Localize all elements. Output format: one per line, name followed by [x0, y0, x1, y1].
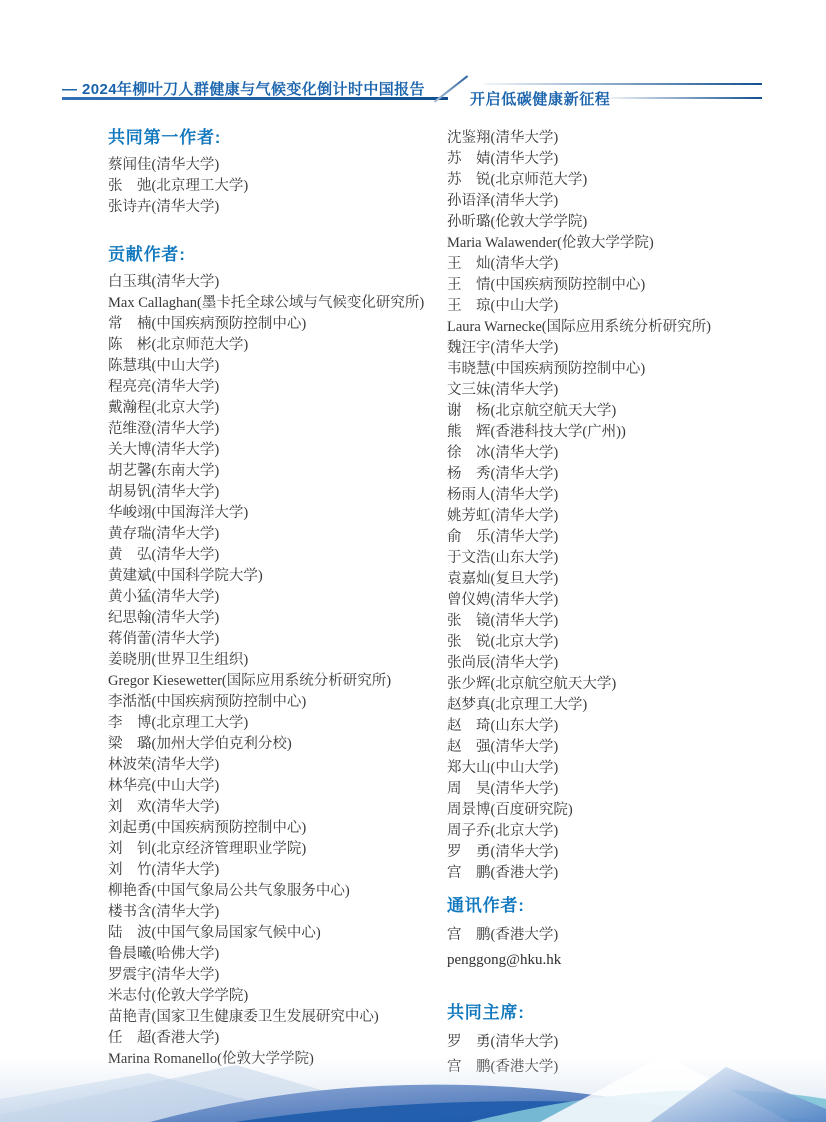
- author-entry: 王 情(中国疾病预防控制中心): [447, 275, 817, 296]
- author-entry: 文三妹(清华大学): [447, 380, 817, 401]
- author-entry: 俞 乐(清华大学): [447, 527, 817, 548]
- author-entry: Max Callaghan(墨卡托全球公域与气候变化研究所): [108, 293, 453, 314]
- header-left-rule: [62, 97, 448, 100]
- author-entry: 林波荣(清华大学): [108, 755, 453, 776]
- author-entry: 苏 锐(北京师范大学): [447, 170, 817, 191]
- author-entry: 任 超(香港大学): [108, 1028, 453, 1049]
- author-entry: 柳艳香(中国气象局公共气象服务中心): [108, 881, 453, 902]
- author-entry: 沈鉴翔(清华大学): [447, 128, 817, 149]
- section-heading-co-chairs: 共同主席:: [447, 1003, 817, 1023]
- author-entry: 白玉琪(清华大学): [108, 272, 453, 293]
- author-entry: 徐 冰(清华大学): [447, 443, 817, 464]
- report-page: — 2024年柳叶刀人群健康与气候变化倒计时中国报告 开启低碳健康新征程 共同第…: [0, 0, 826, 1122]
- author-entry: 黄小猛(清华大学): [108, 587, 453, 608]
- author-entry: 张诗卉(清华大学): [108, 197, 453, 218]
- author-entry: 张 弛(北京理工大学): [108, 176, 453, 197]
- author-entry: 赵 琦(山东大学): [447, 716, 817, 737]
- author-entry: 赵 强(清华大学): [447, 737, 817, 758]
- author-entry: 林华亮(中山大学): [108, 776, 453, 797]
- author-entry: 华峻翊(中国海洋大学): [108, 503, 453, 524]
- corresponding-author-email: penggong@hku.hk: [447, 948, 817, 973]
- author-entry: 曾仪娉(清华大学): [447, 590, 817, 611]
- author-entry: 范维澄(清华大学): [108, 419, 453, 440]
- author-entry: 苏 婧(清华大学): [447, 149, 817, 170]
- left-column: 共同第一作者: 蔡闻佳(清华大学)张 弛(北京理工大学)张诗卉(清华大学) 贡献…: [108, 128, 453, 1070]
- author-entry: 蒋俏蕾(清华大学): [108, 629, 453, 650]
- author-entry: 关大博(清华大学): [108, 440, 453, 461]
- author-entry: 陆 波(中国气象局国家气候中心): [108, 923, 453, 944]
- author-entry: 纪思翰(清华大学): [108, 608, 453, 629]
- author-entry: Gregor Kiesewetter(国际应用系统分析研究所): [108, 671, 453, 692]
- section-heading-corresponding-author: 通讯作者:: [447, 896, 817, 916]
- author-entry: 宫 鹏(香港大学): [447, 863, 817, 884]
- co-first-authors-list: 蔡闻佳(清华大学)张 弛(北京理工大学)张诗卉(清华大学): [108, 155, 453, 218]
- author-entry: 苗艳青(国家卫生健康委卫生发展研究中心): [108, 1007, 453, 1028]
- author-entry: Maria Walawender(伦敦大学学院): [447, 233, 817, 254]
- author-entry: 刘 钊(北京经济管理职业学院): [108, 839, 453, 860]
- author-entry: 张少辉(北京航空航天大学): [447, 674, 817, 695]
- author-entry: 蔡闻佳(清华大学): [108, 155, 453, 176]
- author-entry: 韦晓慧(中国疾病预防控制中心): [447, 359, 817, 380]
- section-heading-contributors: 贡献作者:: [108, 245, 453, 265]
- header-left-title: — 2024年柳叶刀人群健康与气候变化倒计时中国报告: [62, 78, 425, 99]
- author-entry: 张尚辰(清华大学): [447, 653, 817, 674]
- author-entry: 程亮亮(清华大学): [108, 377, 453, 398]
- author-entry: 于文浩(山东大学): [447, 548, 817, 569]
- author-entry: 周景博(百度研究院): [447, 800, 817, 821]
- bottom-wave-decoration: [0, 1057, 826, 1122]
- section-heading-co-first-authors: 共同第一作者:: [108, 128, 453, 148]
- author-entry: 姜晓朋(世界卫生组织): [108, 650, 453, 671]
- author-entry: 黄存瑞(清华大学): [108, 524, 453, 545]
- author-entry: 孙语泽(清华大学): [447, 191, 817, 212]
- contributors-list-right: 沈鉴翔(清华大学)苏 婧(清华大学)苏 锐(北京师范大学)孙语泽(清华大学)孙昕…: [447, 128, 817, 884]
- header-right-title: 开启低碳健康新征程: [470, 88, 610, 109]
- author-entry: 谢 杨(北京航空航天大学): [447, 401, 817, 422]
- contributors-list-left: 白玉琪(清华大学)Max Callaghan(墨卡托全球公域与气候变化研究所)常…: [108, 272, 453, 1070]
- author-entry: 米志付(伦敦大学学院): [108, 986, 453, 1007]
- author-entry: 李 博(北京理工大学): [108, 713, 453, 734]
- author-entry: 张 锐(北京大学): [447, 632, 817, 653]
- author-entry: 刘 欢(清华大学): [108, 797, 453, 818]
- author-entry: 袁嘉灿(复旦大学): [447, 569, 817, 590]
- author-entry: 王 灿(清华大学): [447, 254, 817, 275]
- author-entry: 罗 勇(清华大学): [447, 842, 817, 863]
- author-entry: 胡艺馨(东南大学): [108, 461, 453, 482]
- author-entry: 张 镜(清华大学): [447, 611, 817, 632]
- author-entry: 宫 鹏(香港大学): [447, 923, 817, 948]
- author-entry: 黄建斌(中国科学院大学): [108, 566, 453, 587]
- author-entry: 刘 竹(清华大学): [108, 860, 453, 881]
- right-column: 沈鉴翔(清华大学)苏 婧(清华大学)苏 锐(北京师范大学)孙语泽(清华大学)孙昕…: [447, 128, 817, 1080]
- author-entry: 杨 秀(清华大学): [447, 464, 817, 485]
- author-entry: 杨雨人(清华大学): [447, 485, 817, 506]
- author-entry: 熊 辉(香港科技大学(广州)): [447, 422, 817, 443]
- author-entry: 罗震宇(清华大学): [108, 965, 453, 986]
- header-right-rule-top: [484, 83, 762, 85]
- author-entry: 胡易钒(清华大学): [108, 482, 453, 503]
- author-entry: 刘起勇(中国疾病预防控制中心): [108, 818, 453, 839]
- author-entry: 姚芳虹(清华大学): [447, 506, 817, 527]
- author-entry: 黄 弘(清华大学): [108, 545, 453, 566]
- author-entry: 周子乔(北京大学): [447, 821, 817, 842]
- author-entry: 李湉湉(中国疾病预防控制中心): [108, 692, 453, 713]
- author-entry: 孙昕璐(伦敦大学学院): [447, 212, 817, 233]
- author-entry: 常 楠(中国疾病预防控制中心): [108, 314, 453, 335]
- header-slash-divider: [434, 75, 468, 102]
- author-entry: 魏汪宇(清华大学): [447, 338, 817, 359]
- author-entry: 周 昊(清华大学): [447, 779, 817, 800]
- author-entry: 楼书含(清华大学): [108, 902, 453, 923]
- author-entry: Laura Warnecke(国际应用系统分析研究所): [447, 317, 817, 338]
- author-entry: 王 琼(中山大学): [447, 296, 817, 317]
- author-entry: 戴瀚程(北京大学): [108, 398, 453, 419]
- author-entry: 郑大山(中山大学): [447, 758, 817, 779]
- author-entry: 陈慧琪(中山大学): [108, 356, 453, 377]
- corresponding-author-list: 宫 鹏(香港大学): [447, 923, 817, 948]
- author-entry: 陈 彬(北京师范大学): [108, 335, 453, 356]
- author-entry: 赵梦真(北京理工大学): [447, 695, 817, 716]
- author-entry: 鲁晨曦(哈佛大学): [108, 944, 453, 965]
- header-right-rule-bottom: [610, 97, 762, 99]
- author-entry: 梁 璐(加州大学伯克利分校): [108, 734, 453, 755]
- author-entry: 罗 勇(清华大学): [447, 1030, 817, 1055]
